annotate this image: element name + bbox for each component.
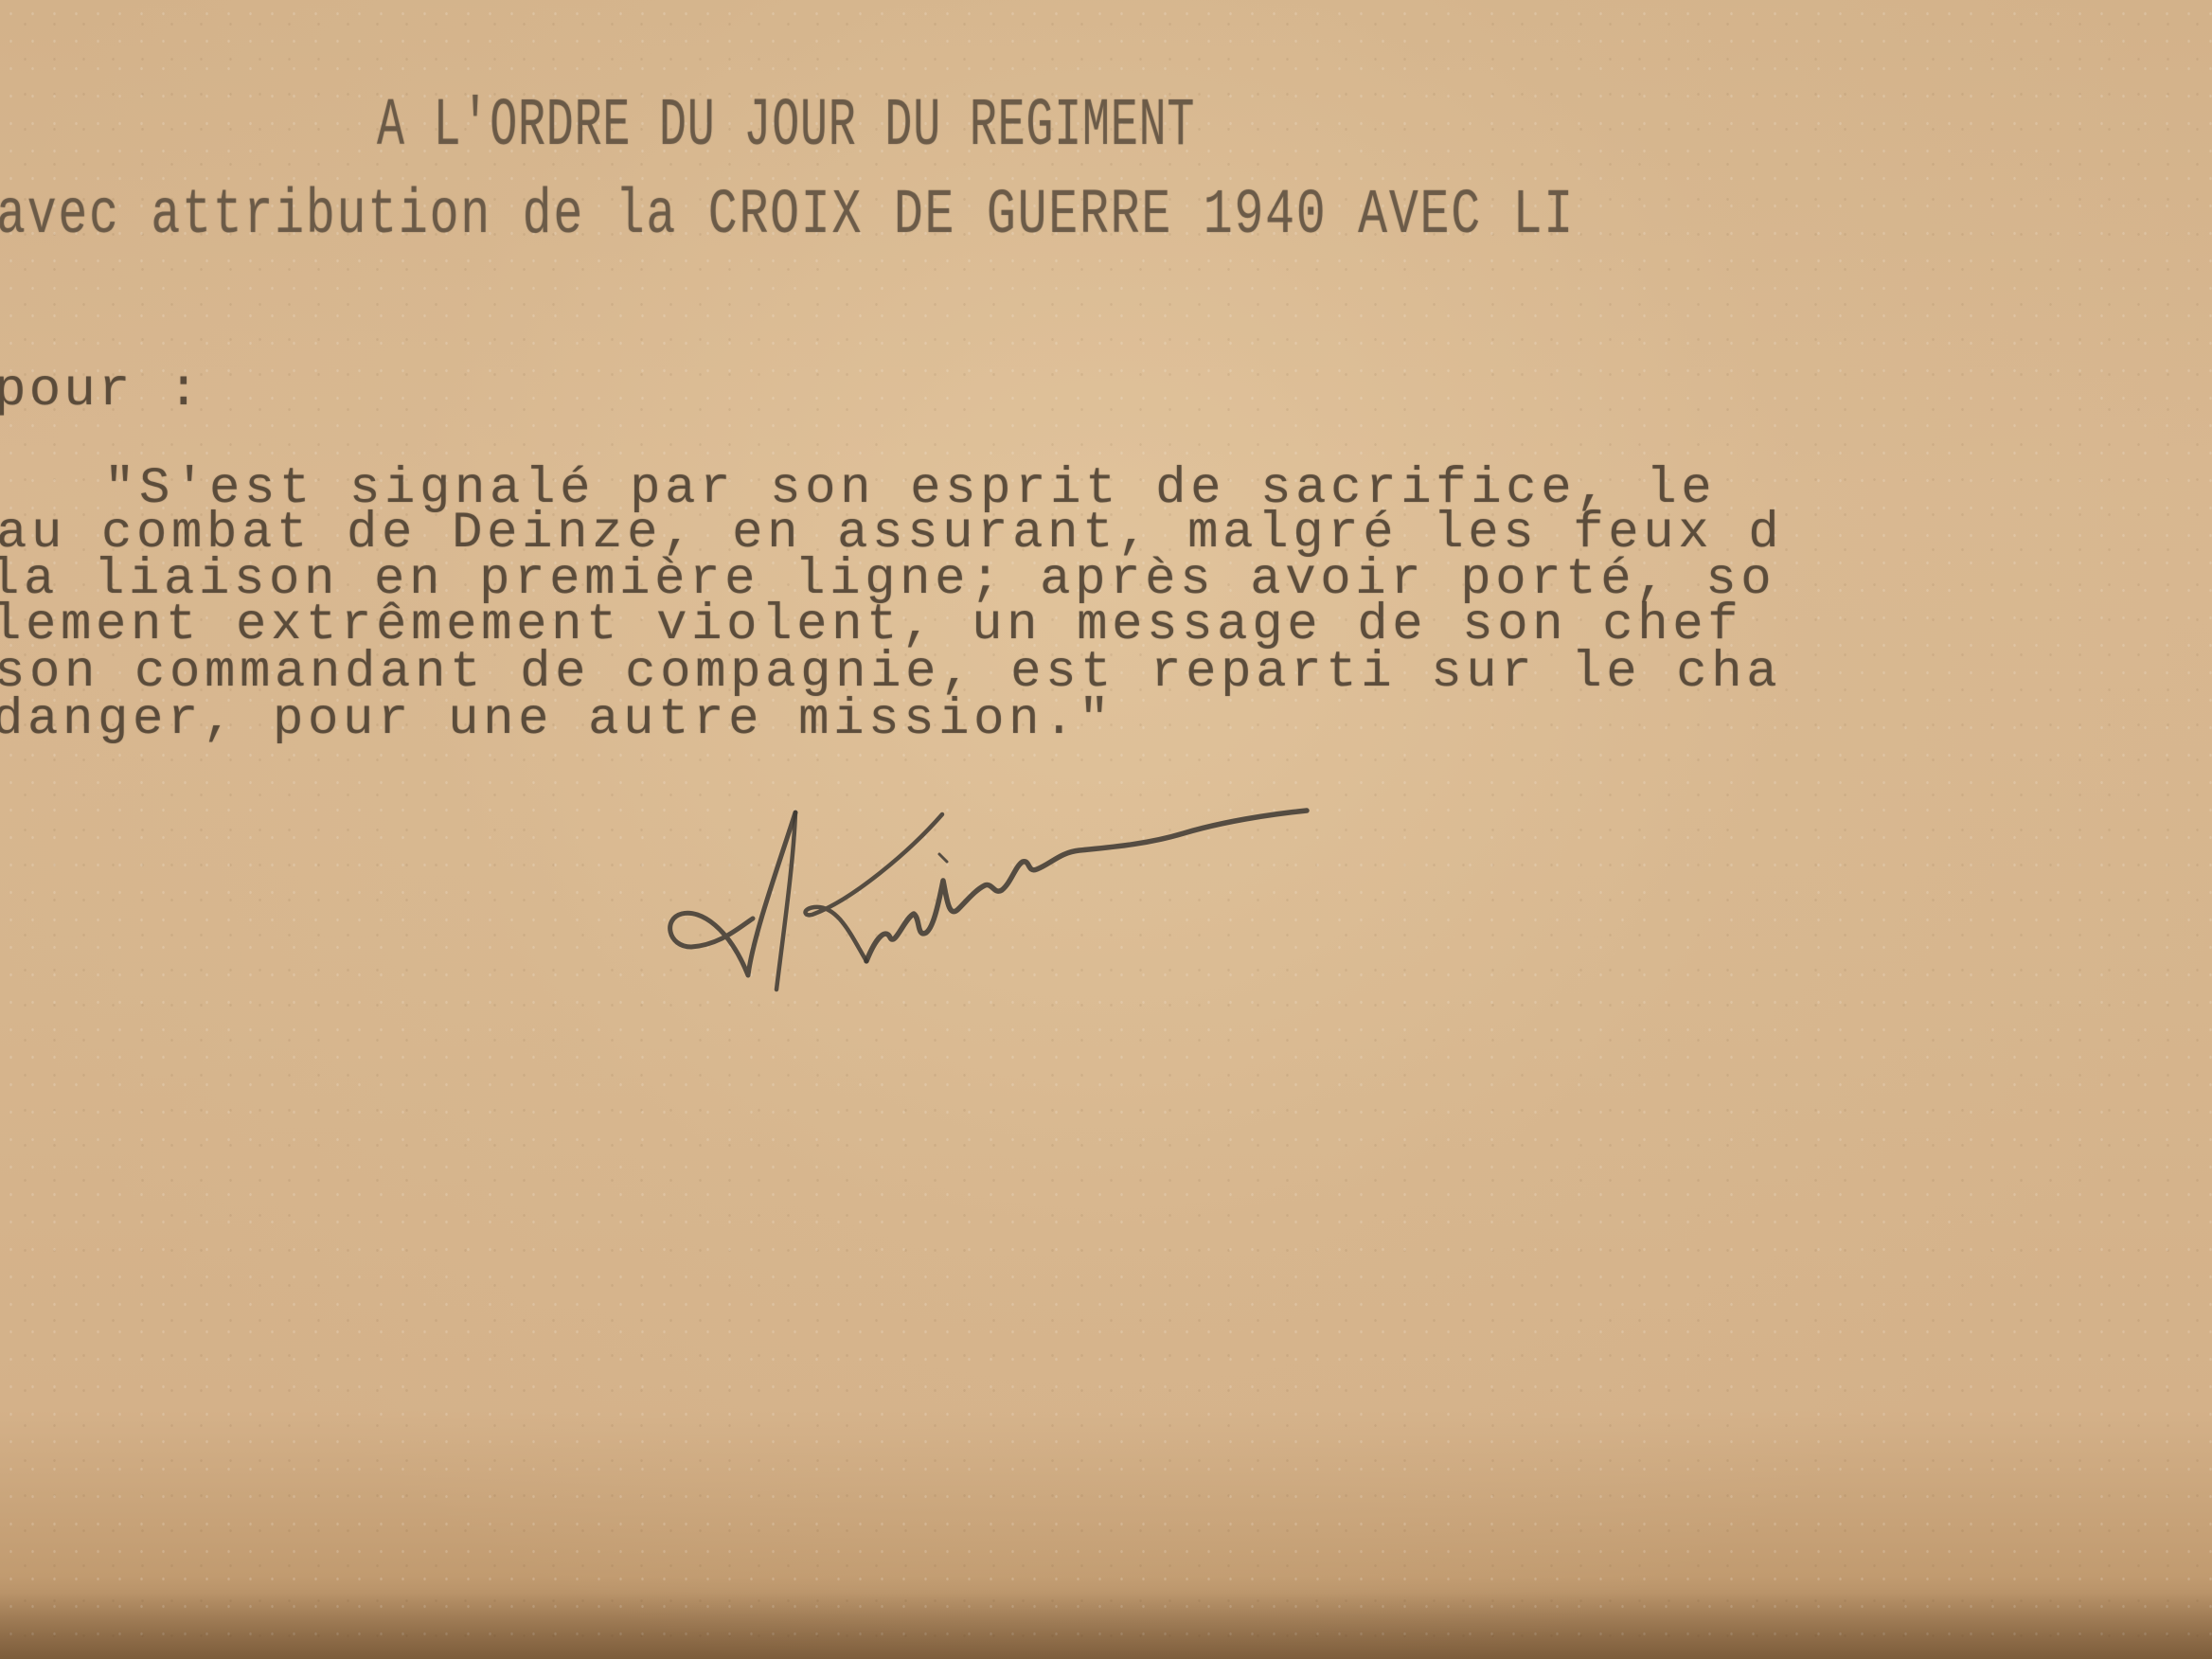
signature — [663, 795, 1326, 1004]
document-page: A L'ORDRE DU JOUR DU REGIMENT avec attri… — [0, 0, 2212, 1659]
document-title: A L'ORDRE DU JOUR DU REGIMENT — [377, 87, 1195, 165]
award-line: avec attribution de la CROIX DE GUERRE 1… — [0, 180, 1575, 252]
intro-label: pour : — [0, 360, 203, 420]
page-shadow — [0, 1593, 2212, 1659]
citation-line: danger, pour une autre mission." — [0, 691, 1114, 749]
